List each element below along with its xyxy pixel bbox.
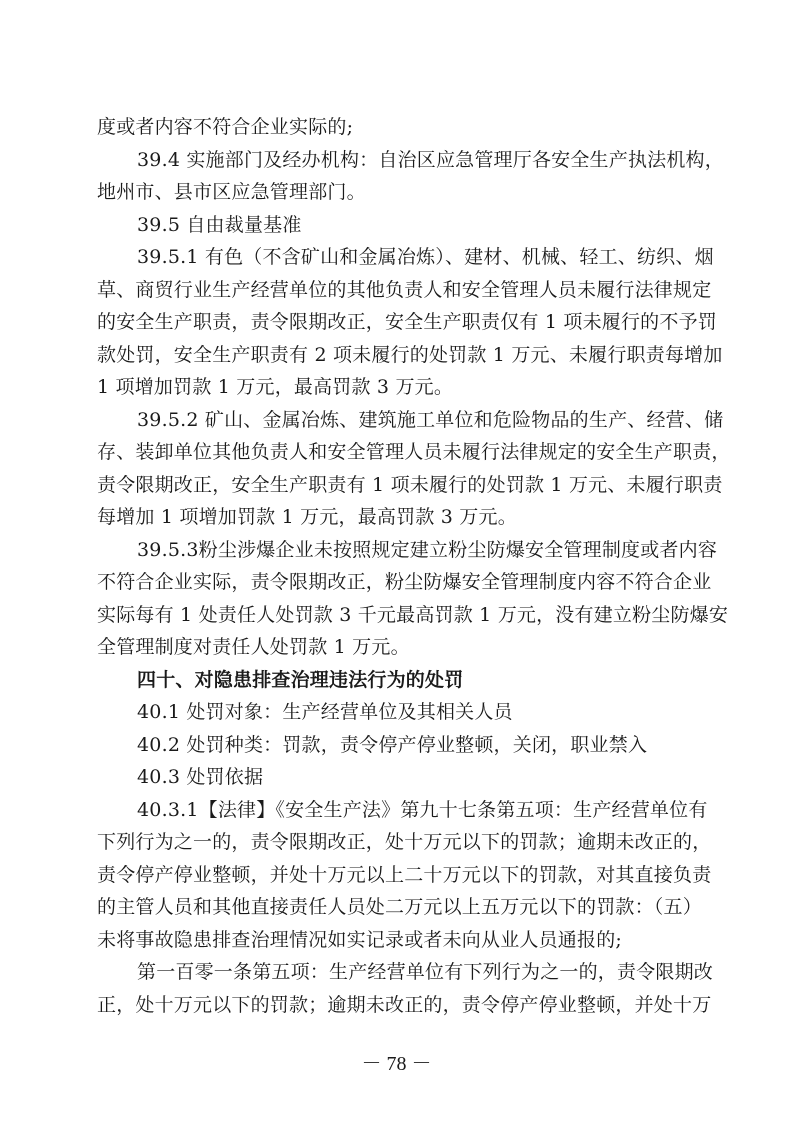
text-line: 40.2 处罚种类：罚款，责令停产停业整顿，关闭，职业禁入: [97, 729, 699, 762]
text-line: 第一百零一条第五项：生产经营单位有下列行为之一的，责令限期改: [97, 956, 699, 989]
section-heading: 四十、对隐患排查治理违法行为的处罚: [97, 664, 699, 697]
text-line: 款处罚，安全生产职责有 2 项未履行的处罚款 1 万元、未履行职责每增加: [97, 339, 699, 372]
text-line: 1 项增加罚款 1 万元，最高罚款 3 万元。: [97, 371, 699, 404]
text-line: 的主管人员和其他直接责任人员处二万元以上五万元以下的罚款：（五）: [97, 891, 699, 924]
text-line: 责令停产停业整顿，并处十万元以上二十万元以下的罚款，对其直接负责: [97, 859, 699, 892]
text-line: 40.3 处罚依据: [97, 761, 699, 794]
text-line: 不符合企业实际，责令限期改正，粉尘防爆安全管理制度内容不符合企业: [97, 566, 699, 599]
text-line: 39.5 自由裁量基准: [97, 209, 699, 242]
text-line: 正，处十万元以下的罚款；逾期未改正的，责令停产停业整顿，并处十万: [97, 989, 699, 1022]
text-line: 39.5.1 有色（不含矿山和金属冶炼）、建材、机械、轻工、纺织、烟: [97, 241, 699, 274]
text-line: 40.3.1【法律】《安全生产法》第九十七条第五项：生产经营单位有: [97, 794, 699, 827]
text-line: 39.4 实施部门及经办机构：自治区应急管理厅各安全生产执法机构，: [97, 144, 699, 177]
text-line: 的安全生产职责，责令限期改正，安全生产职责仅有 1 项未履行的不予罚: [97, 306, 699, 339]
document-page: 度或者内容不符合企业实际的;39.4 实施部门及经办机构：自治区应急管理厅各安全…: [97, 111, 699, 1021]
text-line: 存、装卸单位其他负责人和安全管理人员未履行法律规定的安全生产职责，: [97, 436, 699, 469]
text-line: 40.1 处罚对象：生产经营单位及其相关人员: [97, 696, 699, 729]
text-line: 实际每有 1 处责任人处罚款 3 千元最高罚款 1 万元，没有建立粉尘防爆安: [97, 599, 699, 632]
text-line: 下列行为之一的，责令限期改正，处十万元以下的罚款；逾期未改正的，: [97, 826, 699, 859]
text-line: 每增加 1 项增加罚款 1 万元，最高罚款 3 万元。: [97, 501, 699, 534]
page-number: － 78 －: [0, 1047, 793, 1076]
text-line: 39.5.2 矿山、金属冶炼、建筑施工单位和危险物品的生产、经营、储: [97, 404, 699, 437]
text-line: 39.5.3粉尘涉爆企业未按照规定建立粉尘防爆安全管理制度或者内容: [97, 534, 699, 567]
text-line: 草、商贸行业生产经营单位的其他负责人和安全管理人员未履行法律规定: [97, 274, 699, 307]
text-line: 全管理制度对责任人处罚款 1 万元。: [97, 631, 699, 664]
text-line: 地州市、县市区应急管理部门。: [97, 176, 699, 209]
text-line: 责令限期改正，安全生产职责有 1 项未履行的处罚款 1 万元、未履行职责: [97, 469, 699, 502]
text-line: 度或者内容不符合企业实际的;: [97, 111, 699, 144]
text-line: 未将事故隐患排查治理情况如实记录或者未向从业人员通报的;: [97, 924, 699, 957]
